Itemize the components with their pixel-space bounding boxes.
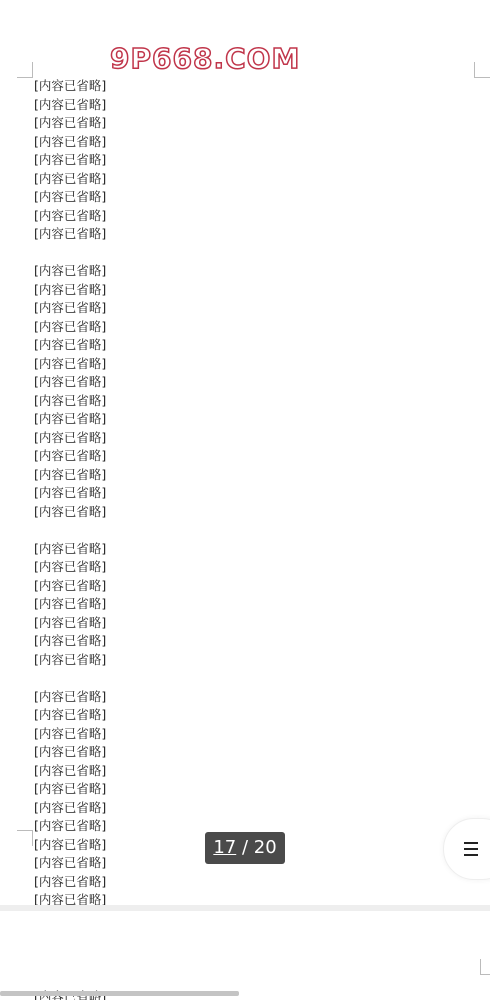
text-line: [内容已省略] — [34, 262, 474, 281]
text-line: [内容已省略] — [34, 355, 474, 374]
text-line: [内容已省略] — [34, 651, 474, 670]
text-line: [内容已省略] — [34, 336, 474, 355]
hamburger-icon — [464, 842, 478, 844]
document-body: [内容已省略][内容已省略][内容已省略][内容已省略][内容已省略][内容已省… — [34, 77, 474, 910]
text-line: [内容已省略] — [34, 688, 474, 707]
text-line: [内容已省略] — [34, 188, 474, 207]
text-line: [内容已省略] — [34, 762, 474, 781]
page-corner-mark — [480, 959, 490, 975]
text-line: [内容已省略] — [34, 595, 474, 614]
text-line: [内容已省略] — [34, 706, 474, 725]
text-line: [内容已省略] — [34, 799, 474, 818]
document-page: 9P668.COM [内容已省略][内容已省略][内容已省略][内容已省略][内… — [0, 0, 490, 905]
text-line: [内容已省略] — [34, 632, 474, 651]
text-line: [内容已省略] — [34, 318, 474, 337]
text-line: [内容已省略] — [34, 373, 474, 392]
total-pages: 20 — [254, 837, 277, 858]
text-line: [内容已省略] — [34, 225, 474, 244]
page-corner-mark — [17, 830, 33, 846]
text-line: [内容已省略] — [34, 614, 474, 633]
text-line: [内容已省略] — [34, 558, 474, 577]
text-line: [内容已省略] — [34, 873, 474, 892]
text-line: [内容已省略] — [34, 77, 474, 96]
next-document-page: [内容已省略] — [0, 911, 490, 1000]
page-separator: / — [236, 837, 254, 858]
text-line: [内容已省略] — [34, 429, 474, 448]
text-line: [内容已省略] — [34, 114, 474, 133]
text-line — [34, 521, 474, 540]
text-line: [内容已省略] — [34, 484, 474, 503]
text-line: [内容已省略] — [34, 780, 474, 799]
text-line: [内容已省略] — [34, 96, 474, 115]
text-line — [34, 669, 474, 688]
text-line: [内容已省略] — [34, 207, 474, 226]
hamburger-icon — [464, 854, 478, 856]
text-line: [内容已省略] — [34, 133, 474, 152]
page-indicator[interactable]: 17 / 20 — [205, 832, 285, 864]
page-corner-mark — [474, 62, 490, 78]
page-corner-mark — [17, 62, 33, 78]
watermark: 9P668.COM — [110, 42, 300, 75]
horizontal-scrollbar[interactable] — [0, 991, 239, 996]
text-line: [内容已省略] — [34, 299, 474, 318]
hamburger-icon — [464, 848, 478, 850]
text-line: [内容已省略] — [34, 540, 474, 559]
text-line: [内容已省略] — [34, 503, 474, 522]
text-line: [内容已省略] — [34, 447, 474, 466]
text-line: [内容已省略] — [34, 410, 474, 429]
text-line: [内容已省略] — [34, 466, 474, 485]
text-line: [内容已省略] — [34, 725, 474, 744]
text-line: [内容已省略] — [34, 170, 474, 189]
current-page[interactable]: 17 — [213, 837, 236, 858]
text-line: [内容已省略] — [34, 151, 474, 170]
text-line: [内容已省略] — [34, 743, 474, 762]
text-line: [内容已省略] — [34, 392, 474, 411]
text-line: [内容已省略] — [34, 281, 474, 300]
text-line — [34, 244, 474, 263]
text-line: [内容已省略] — [34, 577, 474, 596]
